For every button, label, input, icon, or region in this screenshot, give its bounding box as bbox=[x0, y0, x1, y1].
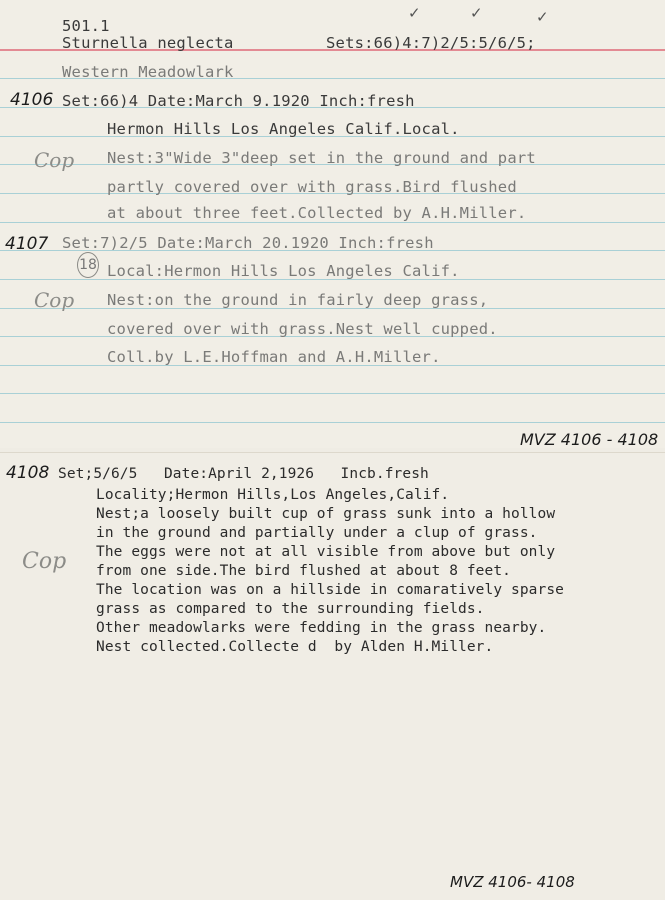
mvz-number: 4106 bbox=[10, 90, 53, 110]
record-line: Nest:on the ground in fairly deep grass, bbox=[107, 291, 488, 309]
record-line: Nest:3"Wide 3"deep set in the ground and… bbox=[107, 149, 536, 167]
record-line: partly covered over with grass.Bird flus… bbox=[107, 178, 517, 196]
record-line: in the ground and partially under a clup… bbox=[96, 525, 538, 541]
record-line: Set;5/6/5 Date:April 2,1926 Incb.fresh bbox=[58, 466, 429, 482]
footer-label: MVZ 4106 - 4108 bbox=[520, 430, 658, 449]
catalog-number: 501.1 bbox=[62, 17, 110, 35]
common-name: Western Meadowlark bbox=[62, 63, 234, 81]
record-line: covered over with grass.Nest well cupped… bbox=[107, 320, 498, 338]
index-card-bottom: 4108 Set;5/6/5 Date:April 2,1926 Incb.fr… bbox=[0, 452, 665, 900]
record-line: Other meadowlarks were fedding in the gr… bbox=[96, 620, 546, 636]
record-line: Nest collected.Collecte d by Alden H.Mil… bbox=[96, 639, 493, 655]
check-mark-icon: ✓ bbox=[536, 8, 549, 26]
record-line: Locality;Hermon Hills,Los Angeles,Calif. bbox=[96, 487, 449, 503]
record-line: at about three feet.Collected by A.H.Mil… bbox=[107, 204, 526, 222]
record-line: Nest;a loosely built cup of grass sunk i… bbox=[96, 506, 555, 522]
record-line: from one side.The bird flushed at about … bbox=[96, 563, 511, 579]
record-line: Set:66)4 Date:March 9.1920 Inch:fresh bbox=[62, 92, 415, 110]
margin-note: Cop bbox=[34, 288, 74, 312]
margin-note: Cop bbox=[34, 148, 74, 172]
record-line: The location was on a hillside in comara… bbox=[96, 582, 564, 598]
ruled-line bbox=[0, 393, 665, 394]
record-line: The eggs were not at all visible from ab… bbox=[96, 544, 555, 560]
check-mark-icon: ✓ bbox=[470, 4, 483, 22]
footer-label: MVZ 4106- 4108 bbox=[450, 873, 575, 891]
record-line: grass as compared to the surrounding fie… bbox=[96, 601, 485, 617]
mvz-number: 4107 bbox=[5, 234, 48, 254]
check-mark-icon: ✓ bbox=[408, 4, 421, 22]
margin-note: Cop bbox=[22, 549, 66, 574]
ruled-line bbox=[0, 222, 665, 223]
record-line: Hermon Hills Los Angeles Calif.Local. bbox=[107, 120, 460, 138]
sets-summary: Sets:66)4:7)2/5:5/6/5; bbox=[326, 34, 536, 52]
species-name: Sturnella neglecta bbox=[62, 34, 234, 52]
mvz-number: 4108 bbox=[6, 463, 49, 483]
index-card-top: 501.1 Sturnella neglecta Sets:66)4:7)2/5… bbox=[0, 0, 665, 448]
record-line: Coll.by L.E.Hoffman and A.H.Miller. bbox=[107, 348, 441, 366]
record-line: Local:Hermon Hills Los Angeles Calif. bbox=[107, 262, 460, 280]
ruled-line bbox=[0, 422, 665, 423]
record-line: Set:7)2/5 Date:March 20.1920 Inch:fresh bbox=[62, 234, 434, 252]
circled-annotation: 18 bbox=[77, 252, 99, 278]
